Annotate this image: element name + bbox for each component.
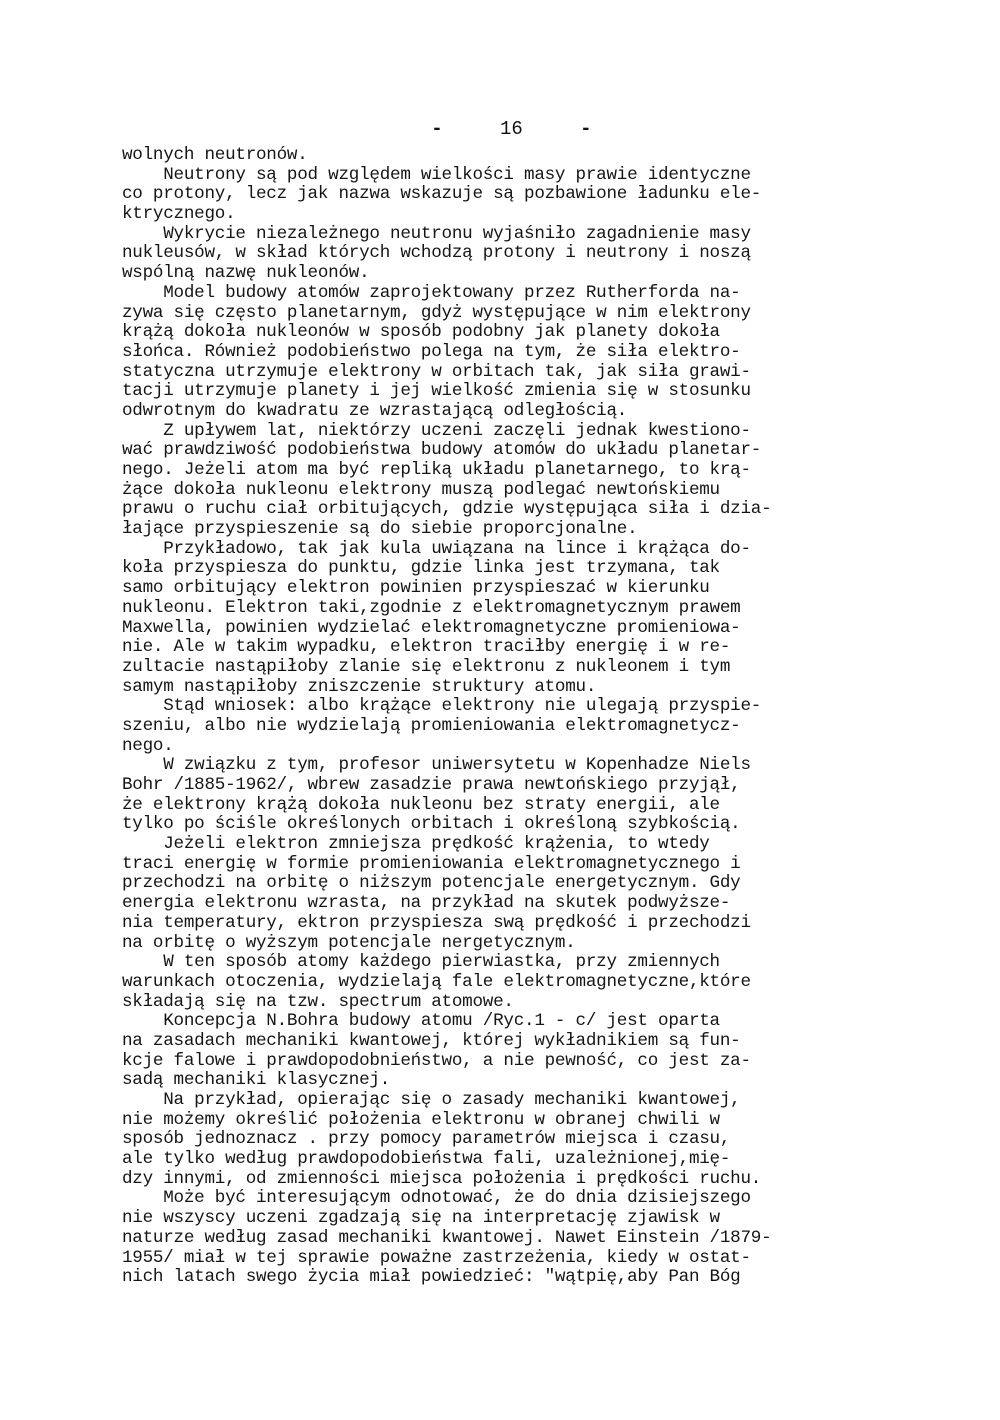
text-line: ktrycznego.: [122, 205, 902, 225]
text-line: kcje falowe i prawdopodobnieństwo, a nie…: [122, 1052, 902, 1072]
text-line: Neutrony są pod względem wielkości masy …: [122, 166, 902, 186]
text-line: statyczna utrzymuje elektrony w orbitach…: [122, 363, 902, 383]
text-line: nie wszyscy uczeni zgadzają się na inter…: [122, 1209, 902, 1229]
text-line: sposób jednoznacz . przy pomocy parametr…: [122, 1130, 902, 1150]
text-line: naturze według zasad mechaniki kwantowej…: [122, 1229, 902, 1249]
text-line: samo orbitujący elektron powinien przysp…: [122, 579, 902, 599]
text-line: traci energię w formie promieniowania el…: [122, 855, 902, 875]
text-line: Maxwella, powinien wydzielać elektromagn…: [122, 619, 902, 639]
text-line: wolnych neutronów.: [122, 146, 902, 166]
text-line: na orbitę o wyższym potencjale nergetycz…: [122, 934, 902, 954]
text-line: nie możemy określić położenia elektronu …: [122, 1111, 902, 1131]
text-line: żące dokoła nukleonu elektrony muszą pod…: [122, 481, 902, 501]
text-line: W ten sposób atomy każdego pierwiastka, …: [122, 953, 902, 973]
text-line: Jeżeli elektron zmniejsza prędkość krąże…: [122, 835, 902, 855]
text-line: Bohr /1885-1962/, wbrew zasadzie prawa n…: [122, 776, 902, 796]
text-line: Może być interesującym odnotować, że do …: [122, 1189, 902, 1209]
text-line: sadą mechaniki klasycznej.: [122, 1071, 902, 1091]
text-line: szeniu, albo nie wydzielają promieniowan…: [122, 717, 902, 737]
page-number-dash-left: -: [422, 118, 452, 140]
text-line: krążą dokoła nukleonów w sposób podobny …: [122, 323, 902, 343]
text-line: przechodzi na orbitę o niższym potencjal…: [122, 874, 902, 894]
text-line: odwrotnym do kwadratu ze wzrastającą odl…: [122, 402, 902, 422]
text-line: nie. Ale w takim wypadku, elektron traci…: [122, 638, 902, 658]
text-line: Stąd wniosek: albo krążące elektrony nie…: [122, 697, 902, 717]
text-line: na zasadach mechaniki kwantowej, której …: [122, 1032, 902, 1052]
text-line: nukleusów, w skład których wchodzą proto…: [122, 244, 902, 264]
text-line: Wykrycie niezależnego neutronu wyjaśniło…: [122, 225, 902, 245]
text-line: koła przyspiesza do punktu, gdzie linka …: [122, 559, 902, 579]
text-line: łające przyspieszenie są do siebie propo…: [122, 520, 902, 540]
text-line: Na przykład, opierając się o zasady mech…: [122, 1091, 902, 1111]
text-line: nego. Jeżeli atom ma być repliką układu …: [122, 461, 902, 481]
text-line: nukleonu. Elektron taki,zgodnie z elektr…: [122, 599, 902, 619]
text-line: składają się na tzw. spectrum atomowe.: [122, 993, 902, 1013]
text-line: Koncepcja N.Bohra budowy atomu /Ryc.1 - …: [122, 1012, 902, 1032]
text-line: 1955/ miał w tej sprawie poważne zastrze…: [122, 1249, 902, 1269]
page-number-header: -16-: [0, 96, 1000, 140]
text-line: samym nastąpiłoby zniszczenie struktury …: [122, 678, 902, 698]
page-number-dash-right: -: [571, 118, 601, 140]
text-line: wspólną nazwę nukleonów.: [122, 264, 902, 284]
text-line: wać prawdziwość podobieństwa budowy atom…: [122, 441, 902, 461]
document-body-text: wolnych neutronów. Neutrony są pod wzglę…: [122, 146, 902, 1288]
text-line: warunkach otoczenia, wydzielają fale ele…: [122, 973, 902, 993]
text-line: nich latach swego życia miał powiedzieć:…: [122, 1268, 902, 1288]
text-line: dzy innymi, od zmienności miejsca położe…: [122, 1170, 902, 1190]
text-line: zywa się często planetarnym, gdyż występ…: [122, 304, 902, 324]
text-line: że elektrony krążą dokoła nukleonu bez s…: [122, 796, 902, 816]
text-line: prawu o ruchu ciał orbitujących, gdzie w…: [122, 500, 902, 520]
text-line: Przykładowo, tak jak kula uwiązana na li…: [122, 540, 902, 560]
text-line: nego.: [122, 737, 902, 757]
text-line: W związku z tym, profesor uniwersytetu w…: [122, 756, 902, 776]
text-line: tacji utrzymuje planety i jej wielkość z…: [122, 382, 902, 402]
text-line: Z upływem lat, niektórzy uczeni zaczęli …: [122, 422, 902, 442]
text-line: tylko po ściśle określonych orbitach i o…: [122, 815, 902, 835]
text-line: Model budowy atomów zaprojektowany przez…: [122, 284, 902, 304]
text-line: ale tylko według prawdopodobieństwa fali…: [122, 1150, 902, 1170]
text-line: nia temperatury, ektron przyspiesza swą …: [122, 914, 902, 934]
text-line: słońca. Również podobieństwo polega na t…: [122, 343, 902, 363]
text-line: zultacie nastąpiłoby zlanie się elektron…: [122, 658, 902, 678]
page-number: 16: [500, 118, 523, 140]
text-line: energia elektronu wzrasta, na przykład n…: [122, 894, 902, 914]
text-line: co protony, lecz jak nazwa wskazuje są p…: [122, 185, 902, 205]
